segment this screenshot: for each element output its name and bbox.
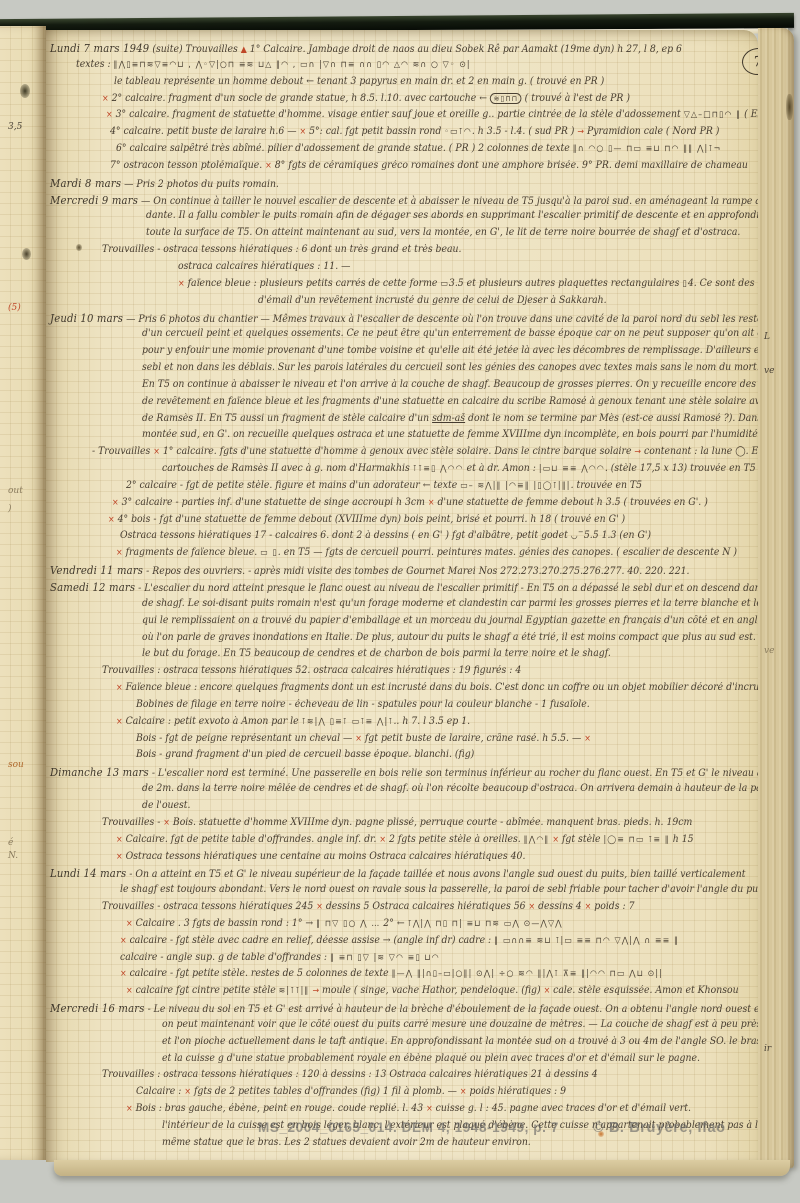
handwritten-text: Calcaire : petit exvoto à Amon par le: [123, 716, 302, 727]
handwritten-text: le shagf est toujours abondant. Vers le …: [120, 884, 758, 895]
handwritten-text: de revêtement en faïence bleue et les fr…: [142, 396, 758, 407]
journal-line: d'un cercueil peint et quelques ossement…: [50, 328, 756, 345]
journal-line: 2° calcaire - fgt de petite stèle. figur…: [50, 480, 756, 497]
handwritten-text: 2° ←: [380, 918, 407, 929]
handwritten-text: Calcaire. fgt de petite table d'offrande…: [123, 834, 380, 845]
cartouche: ≋▯⊓⊓: [490, 93, 522, 104]
journal-line: × 3° calcaire. fragment de statuette d'h…: [50, 109, 756, 126]
handwritten-text: - On a atteint en T5 et G' le niveau sup…: [126, 869, 745, 880]
handwritten-text: . en T5 — fgts de cercueil pourri. peint…: [278, 547, 737, 558]
red-marker: ×: [428, 498, 435, 508]
journal-line: Mercredi 16 mars - Le niveau du sol en T…: [50, 1002, 756, 1019]
handwritten-text: Ostraca tessons hiératiques 17 - calcair…: [120, 530, 571, 541]
journal-line: Bois - grand fragment d'un pied de cercu…: [50, 749, 756, 766]
journal-line: × fragments de faïence bleue. ▭ ▯. en T5…: [50, 547, 756, 564]
handwritten-text: 5°: cal. fgt petit bassin rond: [306, 126, 444, 137]
hieroglyphs: ≋|⊺⊺|∥: [279, 986, 310, 996]
margin-note: ): [8, 504, 12, 514]
journal-line: d'émail d'un revêtement incrusté du genr…: [50, 295, 756, 312]
journal-lines: Lundi 7 mars 1949 (suite) Trouvailles ▲ …: [50, 42, 756, 1154]
handwritten-text: Trouvailles : ostraca tessons hiératique…: [102, 1069, 598, 1080]
hieroglyphs: ▭– ≋⋀|∥ |◠≡∥ |▯◯⊺|∥|: [460, 481, 570, 491]
hieroglyphs: ▽△–□⊓▯◠ ∥: [684, 110, 742, 120]
hieroglyphs: ⊺≋|⋀ ▯≡⊺ ▭⊺≡ ⋀|⊺: [302, 717, 394, 727]
journal-line: Trouvailles - ostraca tessons hiératique…: [50, 244, 756, 261]
handwritten-text: 4. Ce sont des plaques: [688, 278, 758, 289]
handwritten-text: calcaire - angle sup. g de table d'offra…: [120, 952, 330, 963]
margin-note: ve: [764, 366, 774, 376]
handwritten-text: toute la surface de T5. On atteint maint…: [146, 227, 740, 238]
margin-note: ir: [764, 1044, 771, 1054]
journal-page: 7 Lundi 7 mars 1949 (suite) Trouvailles …: [46, 30, 758, 1162]
journal-line: Trouvailles - × Bois. statuette d'homme …: [50, 817, 756, 834]
watermark-credit: © B. Bruyère, Ifao: [593, 1120, 726, 1136]
handwritten-text: d'une statuette de femme debout h 3.5 ( …: [435, 497, 708, 508]
handwritten-text: montée sud, en G'. on recueille quelques…: [142, 429, 758, 440]
handwritten-text: - L'escalier du nord atteint presque le …: [135, 583, 758, 594]
margin-note: (5): [8, 303, 21, 313]
handwritten-text: de 2m. dans la terre noire mêlée de cend…: [142, 783, 758, 794]
handwritten-text: Trouvailles -: [102, 817, 163, 828]
journal-line: × calcaire fgt cintre petite stèle ≋|⊺⊺|…: [50, 985, 756, 1002]
entry-date: Vendredi 11 mars: [50, 564, 143, 577]
journal-line: même statue que le bras. Les 2 statues d…: [50, 1137, 756, 1154]
handwritten-text: 3.5 et plusieurs autres plaquettes recta…: [449, 278, 682, 289]
handwritten-text: Bois. statuette d'homme XVIIIme dyn. pag…: [170, 817, 692, 828]
handwritten-text: le tableau représente un homme debout ← …: [114, 76, 604, 87]
handwritten-text: cuisse g. l : 45. pagne avec traces d'or…: [433, 1103, 691, 1114]
hieroglyphs: ∥⋀◠∥: [524, 835, 550, 845]
handwritten-text: 5.5 1.3 (en G'): [584, 530, 651, 541]
journal-line: de 2m. dans la terre noire mêlée de cend…: [50, 783, 756, 800]
margin-note: é: [8, 838, 13, 848]
handwritten-text: 1° Calcaire. Jambage droit de naos au di…: [247, 44, 682, 55]
handwritten-text: h 15: [670, 834, 694, 845]
page-block-bottom-edge: [54, 1160, 790, 1176]
red-marker: ×: [426, 1104, 433, 1114]
margin-note: N.: [8, 851, 18, 861]
journal-line: où l'on parle de graves inondations en I…: [50, 632, 756, 649]
margin-note: L: [764, 332, 770, 342]
archive-watermark: MS_2004_0165_014. DEM 4, 1948-1949, p. 7…: [258, 1120, 726, 1136]
handwritten-text: calcaire fgt cintre petite stèle: [133, 985, 279, 996]
handwritten-text: Bois : bras gauche, ébène, peint en roug…: [133, 1103, 426, 1114]
journal-line: 6° calcaire salpêtré très abîmé. pilier …: [50, 143, 756, 160]
journal-line: 4° calcaire. petit buste de laraire h.6 …: [50, 126, 756, 143]
ink-stain: [22, 248, 31, 260]
handwritten-text: — On continue à tailler le nouvel escali…: [138, 196, 758, 207]
handwritten-text: où l'on parle de graves inondations en I…: [142, 632, 758, 643]
journal-line: Mercredi 9 mars — On continue à tailler …: [50, 194, 756, 211]
handwritten-text: 3° calcaire. fragment de statuette d'hom…: [113, 109, 684, 120]
handwritten-text: - L'escalier nord est terminé. Une passe…: [149, 768, 758, 779]
journal-line: Lundi 7 mars 1949 (suite) Trouvailles ▲ …: [50, 42, 756, 59]
journal-line: Ostraca tessons hiératiques 17 - calcair…: [50, 530, 756, 547]
journal-line: de revêtement en faïence bleue et les fr…: [50, 396, 756, 413]
handwritten-text: moule ( singe, vache Hathor, pendeloque.…: [319, 985, 543, 996]
page-block-right-edge: Lveveir: [758, 28, 794, 1168]
handwritten-text: 4° calcaire. petit buste de laraire h.6 …: [110, 126, 300, 137]
handwritten-text: cale. stèle esquissée. Amon et Khonsou: [550, 985, 738, 996]
journal-line: × Ostraca tessons hiératiques une centai…: [50, 851, 756, 868]
handwritten-text: de Ramsès II. En T5 aussi un fragment de…: [142, 413, 432, 424]
handwritten-text: - Repos des ouvriers. - après midi visit…: [143, 566, 689, 577]
handwritten-text: 2 fgts petite stèle à oreilles.: [386, 834, 524, 845]
red-marker: ×: [584, 734, 591, 744]
handwritten-text: Trouvailles : ostraca tessons hiératique…: [102, 665, 521, 676]
handwritten-text: Calcaire . 3 fgts de bassin rond : 1° →: [133, 918, 317, 929]
journal-line: Trouvailles : ostraca tessons hiératique…: [50, 1069, 756, 1086]
journal-line: dante. Il a fallu combler le puits romai…: [50, 210, 756, 227]
handwritten-text: 2° calcaire. fragment d'un socle de gran…: [109, 93, 490, 104]
handwritten-text: de l'ouest.: [142, 800, 191, 811]
handwritten-text: et à dr. Amon :: [464, 463, 539, 474]
hieroglyphs: |▭⊔ ≡≡ ⋀◠◠: [539, 464, 605, 474]
journal-line: × 3° calcaire - parties inf. d'une statu…: [50, 497, 756, 514]
journal-line: fg-X× calcaire - fgt petite stèle. reste…: [50, 968, 756, 985]
entry-date: Dimanche 13 mars: [50, 766, 149, 779]
handwritten-text: ( trouvé à l'est de PR ): [522, 93, 630, 104]
journal-line: × Bois : bras gauche, ébène, peint en ro…: [50, 1103, 756, 1120]
handwritten-text: 3° calcaire - parties inf. d'une statuet…: [119, 497, 428, 508]
handwritten-text: fgt petit buste de laraire, crâne rasé. …: [362, 733, 584, 744]
watermark-id: MS_2004_0165_014. DEM 4, 1948-1949, p. 7: [258, 1120, 559, 1135]
ink-stain: [20, 84, 30, 98]
journal-line: qui le remplissaient on a trouvé du papi…: [50, 615, 756, 632]
handwritten-text: calcaire - fgt petite stèle. restes de 5…: [127, 968, 392, 979]
underlined-term: sdm-aš: [432, 413, 465, 424]
ink-stain: [598, 1131, 604, 1137]
hieroglyphs: ⊺⋀|⋀ ⊓▯ ⊓| ≡⊔ ⊓≋ ▭⋀ ⊙—⋀▽⋀: [408, 919, 563, 929]
handwritten-text: En T5 on continue à abaisser le niveau e…: [142, 379, 758, 390]
handwritten-text: - Le niveau du sol en T5 et G' est arriv…: [145, 1004, 758, 1015]
journal-line: et l'on pioche actuellement dans le taft…: [50, 1036, 756, 1053]
ink-stain: [76, 244, 82, 251]
handwritten-text: qui le remplissaient on a trouvé du papi…: [142, 615, 758, 626]
journal-line: de Ramsès II. En T5 aussi un fragment de…: [50, 413, 756, 430]
handwritten-text: fgts de 2 petites tables d'offrandes (fi…: [191, 1086, 460, 1097]
journal-line: × faïence bleue : plusieurs petits carré…: [50, 278, 756, 295]
journal-line: Vendredi 11 mars - Repos des ouvriers. -…: [50, 564, 756, 581]
hieroglyphs: ◡‾: [571, 531, 584, 541]
hieroglyphs: ∥—⋀ ∥|∩▯–▭|○∥| ⊙⋀| ÷○ ≋◠ ∥|⋀⊺ ⊼≡ ∥|◠◠ ⊓▭…: [392, 969, 663, 979]
handwritten-text: Bois - grand fragment d'un pied de cercu…: [136, 749, 474, 760]
handwritten-text: calcaire - fgt stèle avec cadre en relie…: [127, 935, 495, 946]
entry-date: Lundi 7 mars 1949: [50, 42, 149, 55]
handwritten-text: ostraca calcaires hiératiques : 11. —: [178, 261, 350, 272]
entry-date: Jeudi 10 mars: [50, 312, 123, 325]
handwritten-text: . (stèle 17,5 x 13) trouvée en T5 (fig): [605, 463, 758, 474]
journal-line: Lundi 14 mars - On a atteint en T5 et G'…: [50, 867, 756, 884]
handwritten-text: 2° calcaire - fgt de petite stèle. figur…: [126, 480, 460, 491]
handwritten-text: 6° calcaire salpêtré très abîmé. pilier …: [116, 143, 573, 154]
handwritten-text: même statue que le bras. Les 2 statues d…: [162, 1137, 531, 1148]
hieroglyphs: |◯≡ ⊓▭ ⊺≡ ∥: [604, 835, 670, 845]
red-marker: ×: [300, 127, 307, 137]
handwritten-text: et l'on pioche actuellement dans le taft…: [162, 1036, 758, 1047]
journal-line: on peut maintenant voir que le côté oues…: [50, 1019, 756, 1036]
handwritten-text: — Pris 6 photos du chantier — Mêmes trav…: [123, 314, 758, 325]
journal-line: pour y enfouir une momie provenant d'une…: [50, 345, 756, 362]
handwritten-text: 4° bois - fgt d'une statuette de femme d…: [115, 514, 626, 525]
journal-line: Mardi 8 mars — Pris 2 photos du puits ro…: [50, 177, 756, 194]
journal-line: le but du forage. En T5 beaucoup de cend…: [50, 648, 756, 665]
handwritten-text: . h 3.5 - l.4. ( sud PR ): [472, 126, 578, 137]
handwritten-text: pour y enfouir une momie provenant d'une…: [142, 345, 758, 356]
journal-line: Bobines de filage en terre noire - échev…: [50, 699, 756, 716]
hieroglyphs: ∥ ≡⊓ ▯▽ |≋ ▽◠ ≡▯ ⊔◠: [330, 953, 440, 963]
handwritten-text: dont le nom se termine par Mès (est-ce a…: [465, 413, 758, 424]
hieroglyphs: ∥∩ ◠○ ▯— ⊓▭ ≡⊔ ⊓◠ ∥∥ ⋀|⊺¬: [573, 144, 722, 154]
journal-line: × Calcaire. fgt de petite table d'offran…: [50, 834, 756, 851]
handwritten-text: 7° ostracon tesson ptolémaïque.: [110, 160, 265, 171]
journal-line: ostraca calcaires hiératiques : 11. —: [50, 261, 756, 278]
journal-line: En T5 on continue à abaisser le niveau e…: [50, 379, 756, 396]
journal-line: × Faïence bleue : encore quelques fragme…: [50, 682, 756, 699]
handwritten-text: d'un cercueil peint et quelques ossement…: [142, 328, 758, 339]
red-marker: ×: [529, 902, 536, 912]
hieroglyphs: ∥ ▭∩∩≡ ≋⊔ ⊺|▭ ≡≡ ⊓◠ ▽⋀|⋀ ∩ ≡≡ ∥: [494, 936, 679, 946]
handwritten-text: - Trouvailles: [92, 446, 153, 457]
handwritten-text: le but du forage. En T5 beaucoup de cend…: [142, 648, 611, 659]
handwritten-text: dessins 4: [535, 901, 585, 912]
journal-line: - Trouvailles × 1° calcaire. fgts d'une …: [50, 446, 756, 463]
journal-line: Bois - fgt de peigne représentant un che…: [50, 733, 756, 750]
journal-line: Calcaire : × fgts de 2 petites tables d'…: [50, 1086, 756, 1103]
red-marker: ×: [265, 161, 272, 171]
journal-line: le tableau représente un homme debout ← …: [50, 76, 756, 93]
handwritten-text: sebl et non dans les déblais. Sur les pa…: [142, 362, 758, 373]
journal-line: toute la surface de T5. On atteint maint…: [50, 227, 756, 244]
journal-line: × 2° calcaire. fragment d'un socle de gr…: [50, 93, 756, 110]
handwritten-text: (suite) Trouvailles: [149, 44, 240, 55]
entry-date: Mardi 8 mars: [50, 177, 121, 190]
handwritten-text: . trouvée en T5: [571, 480, 642, 491]
handwritten-text: .. h 7. l 3.5 ep 1.: [393, 716, 470, 727]
journal-line: Jeudi 10 mars — Pris 6 photos du chantie…: [50, 312, 756, 329]
journal-line: et la cuisse g d'une statue probablement…: [50, 1053, 756, 1070]
journal-line: calcaire - angle sup. g de table d'offra…: [50, 952, 756, 969]
journal-line: de l'ouest.: [50, 800, 756, 817]
journal-line: montée sud, en G'. on recueille quelques…: [50, 429, 756, 446]
margin-note: ve: [764, 646, 774, 656]
hieroglyphs: ⊺⊺≡▯ ⋀◠◠: [413, 464, 464, 474]
handwritten-text: fragments de faïence bleue.: [123, 547, 260, 558]
handwritten-text: Faïence bleue : encore quelques fragment…: [123, 682, 758, 693]
journal-line: Dimanche 13 mars - L'escalier nord est t…: [50, 766, 756, 783]
handwritten-text: poids hiératiques : 9: [467, 1086, 567, 1097]
handwritten-text: dante. Il a fallu combler le puits romai…: [146, 210, 758, 221]
handwritten-text: faïence bleue : plusieurs petits carrés …: [185, 278, 441, 289]
entry-date: Mercredi 9 mars: [50, 194, 138, 207]
hieroglyphs: ◦▭⊺◠: [444, 127, 472, 137]
margin-note: out: [8, 486, 23, 496]
handwritten-text: contenant : la lune ◯. En dessous: [641, 446, 758, 457]
handwritten-text: d'émail d'un revêtement incrusté du genr…: [258, 295, 607, 306]
journal-line: sebl et non dans les déblais. Sur les pa…: [50, 362, 756, 379]
entry-date: Samedi 12 mars: [50, 581, 135, 594]
handwritten-text: 1° calcaire. fgts d'une statuette d'homm…: [160, 446, 634, 457]
red-marker: →: [577, 127, 584, 137]
journal-line: × Calcaire . 3 fgts de bassin rond : 1° …: [50, 918, 756, 935]
handwritten-text: — Pris 2 photos du puits romain.: [121, 179, 279, 190]
handwritten-text: ( Est de PR ): [741, 109, 758, 120]
ink-stain: [786, 94, 793, 120]
journal-line: × calcaire - fgt stèle avec cadre en rel…: [50, 935, 756, 952]
handwritten-text: Trouvailles - ostraca tessons hiératique…: [102, 244, 462, 255]
page-gutter: 3,5(5)out)souéN.: [0, 26, 46, 1160]
entry-date: Mercredi 16 mars: [50, 1002, 145, 1015]
hieroglyphs: ∥⋀▯≡⊓≋▽≡◠⊔ , ⋀◦▽|○⊓ ≡≋ ⊔△ ∥◠ , ▭∩ |▽∩ ⊓≡…: [114, 60, 471, 70]
journal-line: 7° ostracon tesson ptolémaïque. × 8° fgt…: [50, 160, 756, 177]
hieroglyphs: ∥ ⊓▽ ▯○ ⋀ …: [316, 919, 380, 929]
margin-note: 3,5: [8, 122, 22, 132]
handwritten-text: Calcaire :: [136, 1086, 184, 1097]
handwritten-text: 8° fgts de céramiques gréco romaines don…: [272, 160, 748, 171]
journal-line: Trouvailles - ostraca tessons hiératique…: [50, 901, 756, 918]
journal-line: cartouches de Ramsès II avec à g. nom d'…: [50, 463, 756, 480]
journal-line: Trouvailles : ostraca tessons hiératique…: [50, 665, 756, 682]
handwritten-text: Bois - fgt de peigne représentant un che…: [136, 733, 355, 744]
journal-line: de shagf. Le soi-disant puits romain n'e…: [50, 598, 756, 615]
margin-note: sou: [8, 760, 24, 770]
journal-line: le shagf est toujours abondant. Vers le …: [50, 884, 756, 901]
scanned-notebook-photo: 3,5(5)out)souéN. 7 Lundi 7 mars 1949 (su…: [0, 0, 800, 1203]
handwritten-text: fgt stèle: [559, 834, 603, 845]
entry-date: Lundi 14 mars: [50, 867, 126, 880]
handwritten-text: Ostraca tessons hiératiques une centaine…: [123, 851, 526, 862]
handwritten-text: on peut maintenant voir que le côté oues…: [162, 1019, 758, 1030]
handwritten-text: et la cuisse g d'une statue probablement…: [162, 1053, 700, 1064]
handwritten-text: de shagf. Le soi-disant puits romain n'e…: [142, 598, 758, 609]
journal-line: × 4° bois - fgt d'une statuette de femme…: [50, 514, 756, 531]
journal-line: textes : ∥⋀▯≡⊓≋▽≡◠⊔ , ⋀◦▽|○⊓ ≡≋ ⊔△ ∥◠ , …: [50, 59, 756, 76]
handwritten-text: textes :: [76, 59, 114, 70]
handwritten-text: cartouches de Ramsès II avec à g. nom d'…: [162, 463, 413, 474]
handwritten-text: dessins 5 Ostraca calcaires hiératiques …: [323, 901, 529, 912]
handwritten-text: Trouvailles - ostraca tessons hiératique…: [102, 901, 316, 912]
handwritten-text: Bobines de filage en terre noire - échev…: [136, 699, 590, 710]
journal-line: × Calcaire : petit exvoto à Amon par le …: [50, 716, 756, 733]
hieroglyphs: ▭ ▯: [260, 548, 278, 558]
journal-line: Samedi 12 mars - L'escalier du nord atte…: [50, 581, 756, 598]
handwritten-text: Pyramidion cale ( Nord PR ): [584, 126, 719, 137]
handwritten-text: poids : 7: [591, 901, 634, 912]
